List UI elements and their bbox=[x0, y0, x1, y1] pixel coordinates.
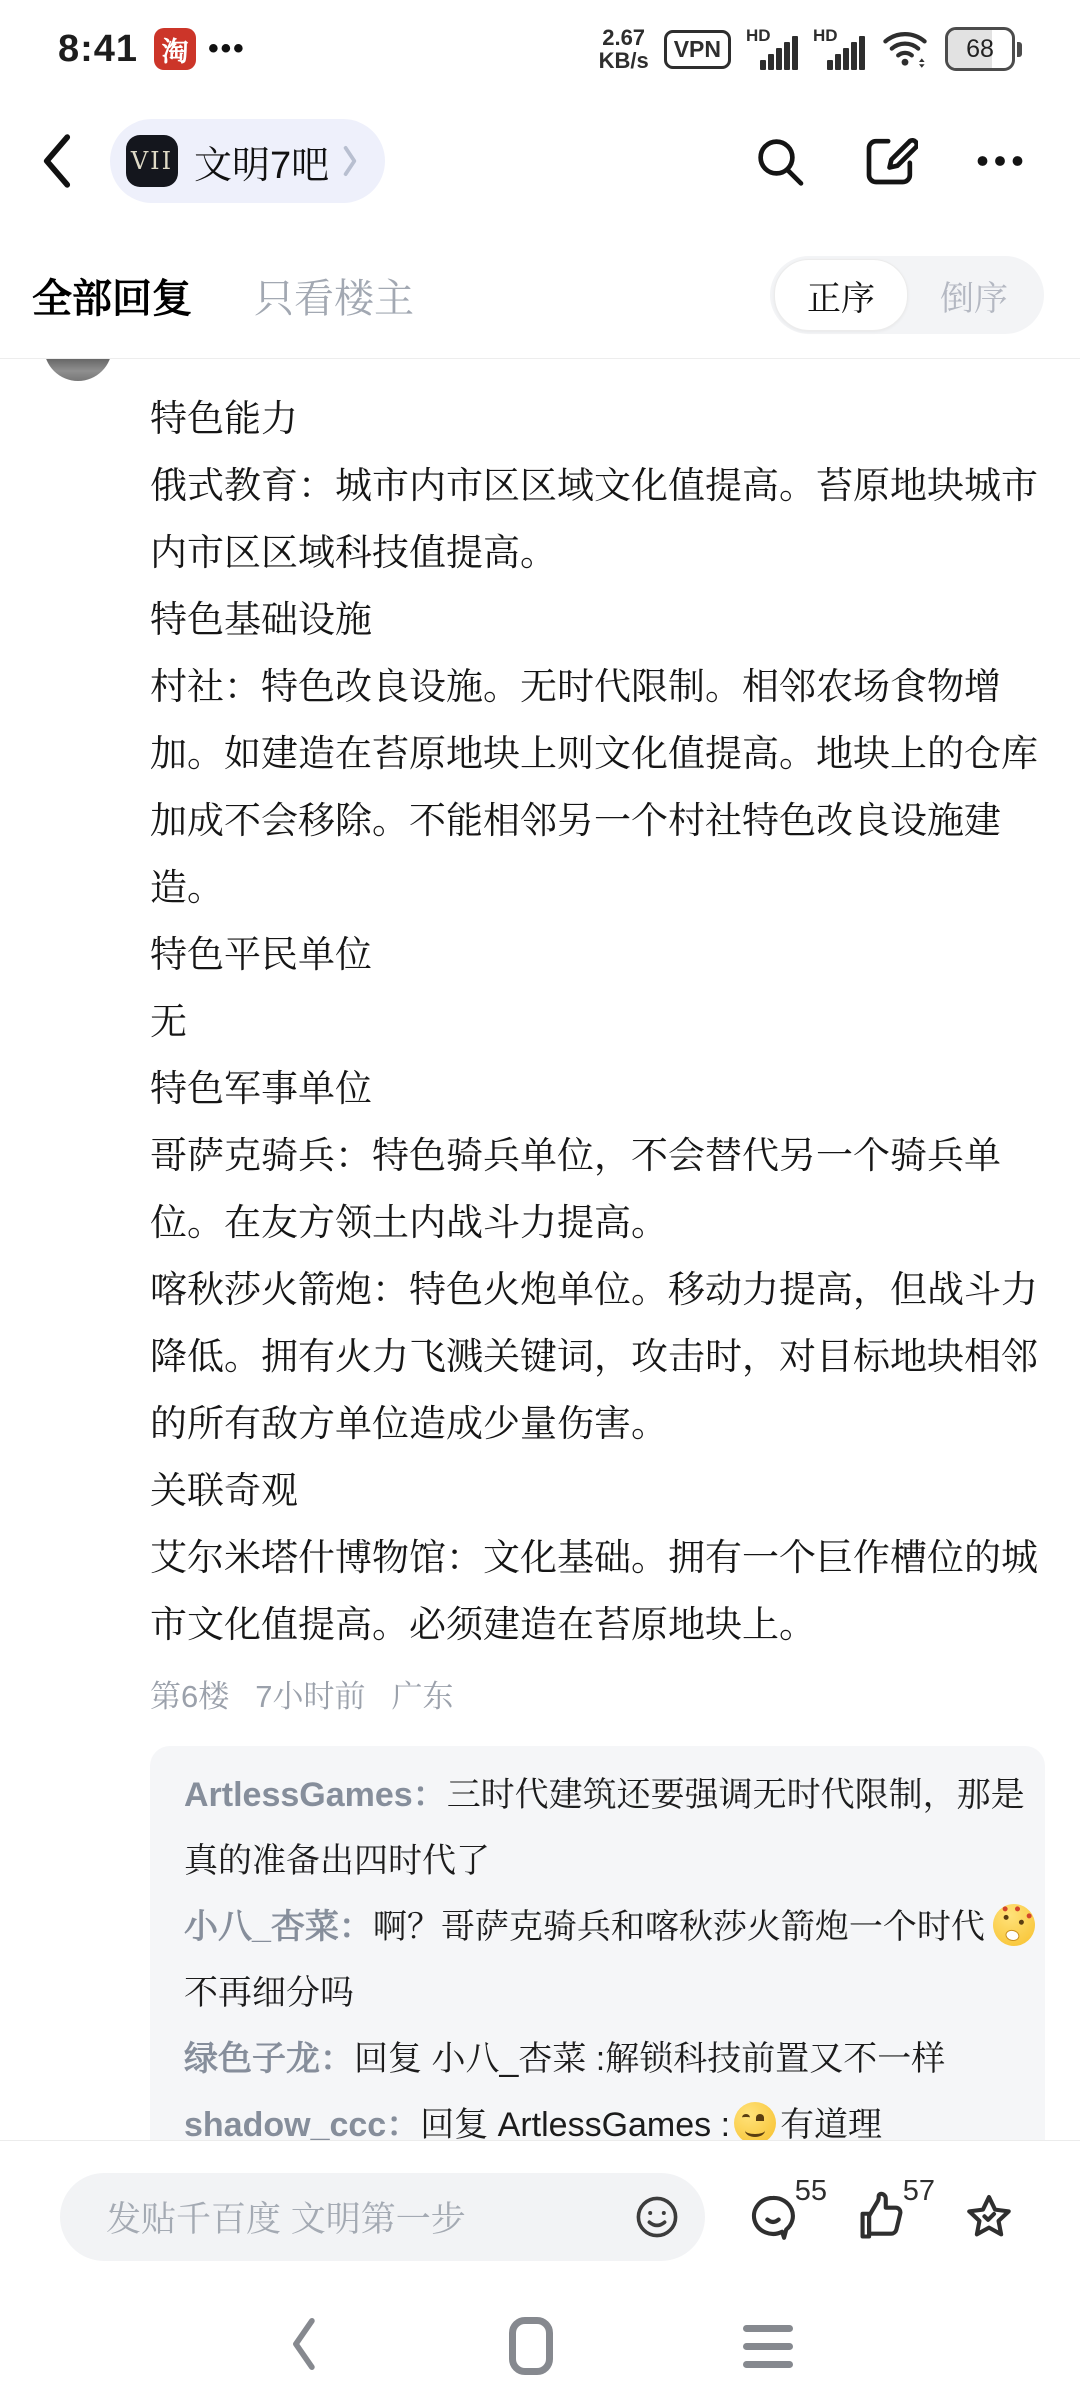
vpn-icon: VPN bbox=[664, 30, 731, 69]
reply-line: shadow_ccc：回复 ArtlessGames :有道理 bbox=[184, 2092, 1011, 2140]
back-chevron-icon bbox=[40, 132, 74, 190]
more-icon bbox=[972, 133, 1028, 189]
emoji-picker-icon[interactable] bbox=[633, 2193, 681, 2241]
comment-count: 55 bbox=[795, 2175, 827, 2208]
battery-icon: 68 bbox=[945, 27, 1022, 71]
star-icon bbox=[963, 2191, 1015, 2243]
post-location: 广东 bbox=[392, 1671, 454, 1716]
reply-text: 有道理 bbox=[780, 2106, 882, 2140]
status-bar: 8:41 淘 ••• 2.67 KB/s VPN HD HD bbox=[0, 0, 1080, 88]
reply-line: 不再细分吗 bbox=[184, 1960, 1011, 2026]
network-speed-unit: KB/s bbox=[599, 48, 649, 73]
smiling-face-emoji bbox=[734, 2102, 776, 2140]
post-line: 特色平民单位 bbox=[150, 921, 1080, 988]
reply-username[interactable]: 绿色子龙： bbox=[184, 2040, 354, 2078]
post-meta: 第6楼 7小时前 广东 bbox=[150, 1671, 454, 1716]
reply-username[interactable]: 小八_杏菜： bbox=[184, 1908, 373, 1946]
reply-preview-card[interactable]: ArtlessGames：三时代建筑还要强调无时代限制，那是 真的准备出四时代了… bbox=[150, 1746, 1045, 2140]
navigation-bar: VII 文明7吧 bbox=[0, 88, 1080, 234]
post-line: 内市区区域科技值提高。 bbox=[150, 519, 1080, 586]
post-line: 喀秋莎火箭炮：特色火炮单位。移动力提高，但战斗力 bbox=[150, 1256, 1080, 1323]
post-line: 哥萨克骑兵：特色骑兵单位，不会替代另一个骑兵单 bbox=[150, 1122, 1080, 1189]
battery-percentage: 68 bbox=[966, 35, 994, 64]
post-line: 村社：特色改良设施。无时代限制。相邻农场食物增 bbox=[150, 653, 1080, 720]
notification-overflow-icon: ••• bbox=[208, 32, 246, 66]
post-line: 市文化值提高。必须建造在苔原地块上。 bbox=[150, 1591, 1080, 1658]
clock: 8:41 bbox=[58, 28, 138, 71]
post-line: 特色基础设施 bbox=[150, 586, 1080, 653]
floor-number: 第6楼 bbox=[150, 1671, 229, 1716]
reply-text: 三时代建筑还要强调无时代限制，那是 bbox=[447, 1776, 1025, 1814]
search-icon bbox=[752, 133, 808, 189]
sim2-signal-icon: HD bbox=[813, 26, 865, 72]
tab-author-only[interactable]: 只看楼主 bbox=[254, 267, 414, 324]
reply-input-placeholder: 发贴千百度 文明第一步 bbox=[106, 2192, 633, 2242]
reply-line: 小八_杏菜：啊？哥萨克骑兵和喀秋莎火箭炮一个时代 bbox=[184, 1894, 1011, 1960]
taobao-notification-icon: 淘 bbox=[154, 28, 196, 70]
reply-line: 真的准备出四时代了 bbox=[184, 1828, 1011, 1894]
sort-toggle: 正序 倒序 bbox=[770, 256, 1044, 334]
post-time: 7小时前 bbox=[255, 1671, 365, 1716]
post-line: 特色军事单位 bbox=[150, 1055, 1080, 1122]
forum-name: 文明7吧 bbox=[194, 134, 329, 189]
reply-line: 绿色子龙：回复 小八_杏菜 :解锁科技前置又不一样 bbox=[184, 2026, 1011, 2092]
wifi-icon bbox=[880, 25, 930, 74]
post-line: 艾尔米塔什博物馆：文化基础。拥有一个巨作槽位的城 bbox=[150, 1524, 1080, 1591]
back-button[interactable] bbox=[40, 126, 96, 196]
composer-bar: 发贴千百度 文明第一步 55 57 bbox=[0, 2140, 1080, 2292]
reply-text: 不再细分吗 bbox=[184, 1974, 354, 2012]
chevron-right-icon bbox=[341, 145, 359, 177]
thread-content[interactable]: 特色能力 俄式教育：城市内市区区域文化值提高。苔原地块城市 内市区区域科技值提高… bbox=[0, 358, 1080, 2140]
post-line: 俄式教育：城市内市区区域文化值提高。苔原地块城市 bbox=[150, 452, 1080, 519]
reply-text: 回复 小八_杏菜 :解锁科技前置又不一样 bbox=[354, 2040, 945, 2078]
reply-input[interactable]: 发贴千百度 文明第一步 bbox=[60, 2173, 705, 2261]
reply-filter-bar: 全部回复 只看楼主 正序 倒序 bbox=[0, 234, 1080, 356]
reply-username[interactable]: ArtlessGames： bbox=[184, 1776, 447, 1814]
reply-line: ArtlessGames：三时代建筑还要强调无时代限制，那是 bbox=[184, 1762, 1011, 1828]
post-line: 无 bbox=[150, 988, 1080, 1055]
sim1-signal-icon: HD bbox=[746, 26, 798, 72]
avatar[interactable] bbox=[44, 358, 112, 381]
favorite-button[interactable] bbox=[963, 2191, 1015, 2243]
search-button[interactable] bbox=[752, 133, 808, 189]
like-count: 57 bbox=[903, 2175, 935, 2208]
reply-text: 真的准备出四时代了 bbox=[184, 1842, 490, 1880]
tab-all-replies[interactable]: 全部回复 bbox=[32, 267, 192, 324]
system-recents-icon[interactable] bbox=[743, 2325, 793, 2368]
system-home-icon[interactable] bbox=[509, 2317, 553, 2375]
more-button[interactable] bbox=[972, 133, 1028, 189]
reply-username[interactable]: shadow_ccc： bbox=[184, 2106, 420, 2140]
post-line: 造。 bbox=[150, 854, 1080, 921]
sort-ascending-option[interactable]: 正序 bbox=[774, 259, 908, 331]
network-speed-value: 2.67 bbox=[602, 25, 645, 50]
tieba-thread-screen: 8:41 淘 ••• 2.67 KB/s VPN HD HD bbox=[0, 0, 1080, 2400]
system-back-icon bbox=[287, 2315, 319, 2373]
post-line: 的所有敌方单位造成少量伤害。 bbox=[150, 1390, 1080, 1457]
post-line: 关联奇观 bbox=[150, 1457, 1080, 1524]
system-navigation-bar bbox=[0, 2292, 1080, 2400]
compose-button[interactable] bbox=[862, 133, 918, 189]
reply-text: 回复 ArtlessGames : bbox=[420, 2106, 730, 2140]
system-back-button[interactable] bbox=[287, 2315, 319, 2378]
comments-button[interactable]: 55 bbox=[747, 2191, 799, 2243]
post-line: 位。在友方领土内战斗力提高。 bbox=[150, 1189, 1080, 1256]
woozy-face-emoji bbox=[988, 1900, 1039, 1951]
sort-descending-option[interactable]: 倒序 bbox=[908, 260, 1040, 330]
like-button[interactable]: 57 bbox=[855, 2191, 907, 2243]
network-speed: 2.67 KB/s bbox=[599, 26, 649, 72]
forum-pill[interactable]: VII 文明7吧 bbox=[110, 119, 385, 203]
comment-bubble-icon bbox=[747, 2191, 799, 2243]
post-line: 降低。拥有火力飞溅关键词，攻击时，对目标地块相邻 bbox=[150, 1323, 1080, 1390]
post-line: 加成不会移除。不能相邻另一个村社特色改良设施建 bbox=[150, 787, 1080, 854]
post-line: 加。如建造在苔原地块上则文化值提高。地块上的仓库 bbox=[150, 720, 1080, 787]
forum-avatar: VII bbox=[126, 135, 178, 187]
reply-text: 啊？哥萨克骑兵和喀秋莎火箭炮一个时代 bbox=[373, 1908, 985, 1946]
compose-icon bbox=[862, 133, 918, 189]
thumbs-up-icon bbox=[855, 2191, 907, 2243]
post-body: 特色能力 俄式教育：城市内市区区域文化值提高。苔原地块城市 内市区区域科技值提高… bbox=[150, 385, 1080, 1658]
post-line: 特色能力 bbox=[150, 385, 1080, 452]
